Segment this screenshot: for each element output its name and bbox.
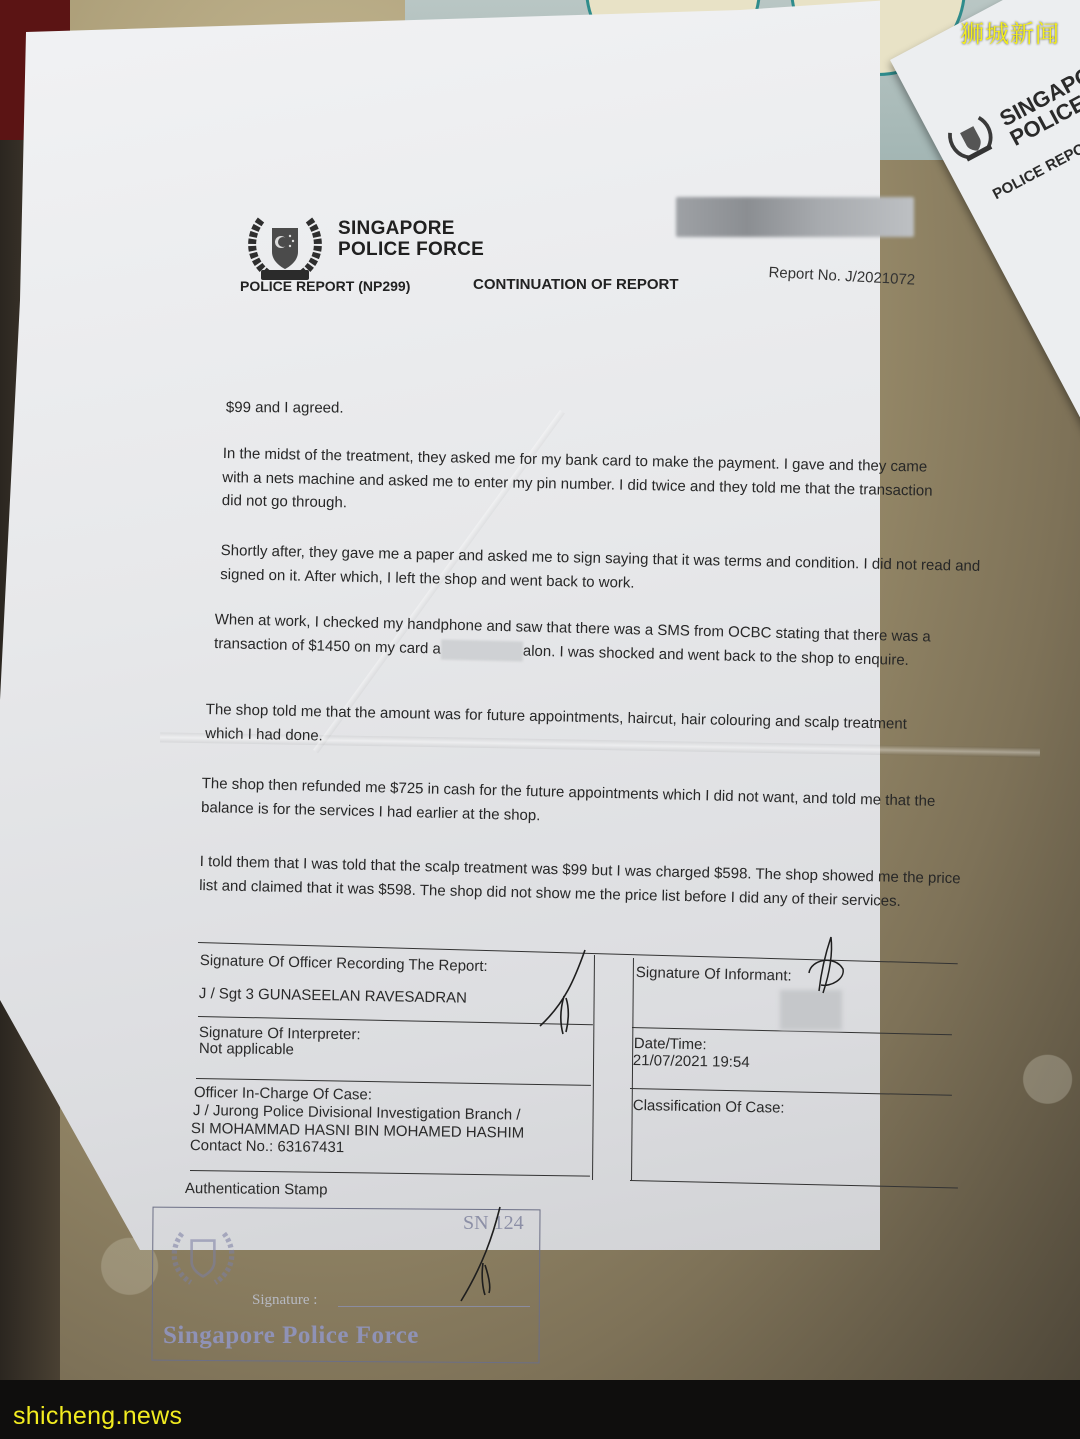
report-number: Report No. J/2021072: [768, 264, 915, 289]
paragraph: The shop told me that the amount was for…: [205, 698, 921, 760]
classification-label: Classification Of Case:: [633, 1097, 785, 1118]
paragraph: In the midst of the treatment, they aske…: [222, 442, 953, 527]
table-border: [630, 1088, 952, 1096]
police-crest-icon: [245, 212, 325, 284]
stamp-signature-scribble: [455, 1205, 515, 1305]
informant-signature-scribble: [795, 935, 855, 995]
paragraph: I told them that I was told that the sca…: [199, 850, 975, 915]
paragraph: Shortly after, they gave me a paper and …: [220, 539, 981, 602]
watermark-chinese: 狮城新闻: [960, 14, 1060, 49]
informant-signature-label: Signature Of Informant:: [636, 964, 792, 986]
stamp-organization: Singapore Police Force: [163, 1322, 419, 1350]
officer-name: J / Sgt 3 GUNASEELAN RAVESADRAN: [199, 985, 467, 1008]
paragraph-text: alon. I was shocked and went back to the…: [523, 642, 909, 668]
interpreter-value: Not applicable: [199, 1040, 294, 1059]
oic-contact: Contact No.: 63167431: [190, 1137, 345, 1157]
document-title: CONTINUATION OF REPORT: [473, 276, 679, 293]
paragraph: The shop then refunded me $725 in cash f…: [201, 772, 962, 838]
form-code: POLICE REPORT (NP299): [240, 278, 410, 294]
officer-signature-label: Signature Of Officer Recording The Repor…: [200, 952, 488, 976]
stamp-signature-line: [338, 1306, 530, 1307]
redacted-block: [676, 197, 914, 237]
stamp-signature-label: Signature :: [252, 1292, 317, 1309]
organization-name: SINGAPORE POLICE FORCE: [338, 218, 484, 260]
redacted-block: [441, 639, 523, 661]
police-crest-icon: [168, 1222, 238, 1294]
table-border: [630, 1180, 958, 1188]
table-border: [190, 1170, 590, 1177]
watermark-site: shicheng.news: [13, 1402, 182, 1431]
authentication-stamp-label: Authentication Stamp: [185, 1180, 328, 1199]
officer-signature-scribble: [530, 948, 600, 1038]
datetime-value: 21/07/2021 19:54: [633, 1052, 750, 1072]
paragraph: $99 and I agreed.: [226, 396, 344, 420]
redacted-block: [780, 990, 842, 1030]
paragraph: When at work, I checked my handphone and…: [214, 608, 960, 673]
report-content: SINGAPORE POLICE FORCE POLICE REPORT (NP…: [0, 0, 1080, 1439]
